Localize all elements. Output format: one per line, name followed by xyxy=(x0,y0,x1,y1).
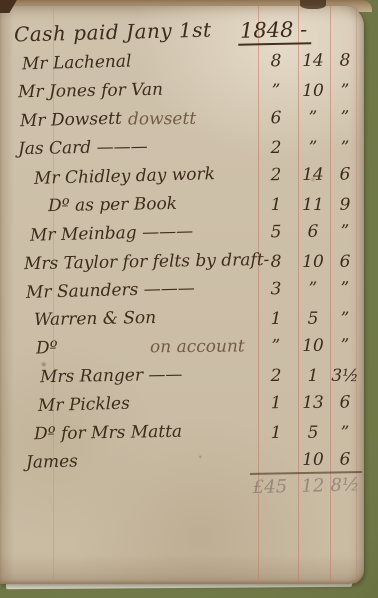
entry-shillings: ” xyxy=(297,104,329,133)
entry-description: Jas Card ——— xyxy=(18,132,148,163)
entry-description: Mrs Ranger —— xyxy=(40,360,183,391)
entry-description-secondary: on account xyxy=(150,332,245,362)
entry-pounds: 8 xyxy=(256,248,296,277)
ledger-row: Mr Saunders ———3”” xyxy=(0,274,364,306)
ledger-row: Mr Dowsettdowsett6”” xyxy=(0,103,364,135)
total-pounds: £45 xyxy=(244,473,297,502)
entry-pence: 6 xyxy=(329,388,361,417)
entry-description: Dº for Mrs Matta xyxy=(34,417,183,449)
entry-shillings: ” xyxy=(297,134,329,163)
entry-pence: ” xyxy=(329,305,361,334)
photo-of-ledger: { "header": { "title": "Cash paid Jany 1… xyxy=(0,0,378,598)
entry-pounds: 1 xyxy=(256,419,296,448)
ledger-row: Jas Card ———2”” xyxy=(0,134,364,163)
entry-pounds: 1 xyxy=(256,305,296,334)
entry-pence: ” xyxy=(329,331,361,360)
entry-description: Mr Meinbag ——— xyxy=(30,217,194,250)
entry-pence: 9 xyxy=(329,191,361,220)
entry-description: Dº as per Book xyxy=(48,189,178,220)
total-shillings: 12 xyxy=(297,472,330,501)
entry-pounds: 1 xyxy=(256,191,296,220)
ledger-row: Dº for Mrs Matta15” xyxy=(0,419,364,448)
entry-pounds: 6 xyxy=(256,104,296,133)
ledger-row: Mr Chidley day work2146 xyxy=(0,160,364,192)
entry-description: Mr Saunders ——— xyxy=(26,274,196,307)
entry-description: James xyxy=(26,447,79,477)
entry-description: Mr Lachenal xyxy=(22,47,132,79)
entry-pence: ” xyxy=(329,419,361,448)
ledger-row: Mrs Ranger ——213½ xyxy=(0,362,364,391)
entry-description-secondary: dowsett xyxy=(128,105,196,135)
entry-shillings: ” xyxy=(297,275,329,304)
entry-pounds: 5 xyxy=(256,218,296,247)
ledger-row: Mr Jones for Van”10” xyxy=(0,77,364,106)
page-title: Cash paid Jany 1st xyxy=(14,18,212,47)
entry-pence: 6 xyxy=(329,160,361,189)
ledger-row: Dº as per Book1119 xyxy=(0,191,364,220)
entry-pounds: 2 xyxy=(256,134,296,163)
entry-pence: ” xyxy=(329,274,361,303)
entry-shillings: 6 xyxy=(297,218,329,247)
entry-shillings: 10 xyxy=(297,248,329,277)
entry-shillings: 14 xyxy=(297,161,329,190)
entry-description: Mr Dowsett xyxy=(20,105,123,137)
entry-description: Mr Chidley day work xyxy=(34,160,216,194)
entry-description: Mr Jones for Van xyxy=(18,75,163,107)
entry-description: Dº xyxy=(36,334,58,364)
entry-shillings: 13 xyxy=(297,389,329,418)
entry-shillings: 11 xyxy=(297,191,329,220)
entry-pounds: ” xyxy=(256,332,296,361)
ledger-row: Mr Lachenal8148 xyxy=(0,46,364,78)
entry-pounds: 1 xyxy=(256,389,296,418)
entry-shillings: 10 xyxy=(297,446,329,475)
year-label: 1848 - xyxy=(238,17,312,46)
entry-pounds: 2 xyxy=(256,161,296,190)
entry-pounds: 2 xyxy=(256,362,296,391)
entry-pounds: ” xyxy=(256,77,296,106)
ledger-row: Mr Meinbag ———56” xyxy=(0,217,364,249)
ledger-page: Cash paid Jany 1st 1848 - Mr Lachenal814… xyxy=(0,6,364,584)
entry-pence: 6 xyxy=(329,248,361,277)
entry-pounds: 3 xyxy=(256,275,296,304)
ledger-row: Mr Pickles1136 xyxy=(0,388,364,420)
entry-pence: ” xyxy=(329,103,361,132)
entry-shillings: 5 xyxy=(297,419,329,448)
entry-description: Warren & Son xyxy=(34,303,157,334)
entry-shillings: 1 xyxy=(297,362,329,391)
entry-pence: ” xyxy=(329,134,361,163)
entry-shillings: 10 xyxy=(297,332,329,361)
entry-pence: 8 xyxy=(329,46,361,75)
ledger-row: Mrs Taylor for felts by draft-8106 xyxy=(0,248,364,277)
entry-pence: 3½ xyxy=(329,362,361,391)
entry-pence: ” xyxy=(329,77,361,106)
entry-pounds: 8 xyxy=(256,47,296,76)
entry-shillings: 14 xyxy=(297,47,329,76)
ledger-row: Dºon account”10” xyxy=(0,331,364,363)
ledger-row: Warren & Son15” xyxy=(0,305,364,334)
ink-smudge xyxy=(300,0,326,9)
total-pence: 8½ xyxy=(329,471,362,500)
entry-pence: ” xyxy=(329,217,361,246)
entry-description: Mr Pickles xyxy=(38,390,131,421)
entry-shillings: 5 xyxy=(297,305,329,334)
entry-shillings: 10 xyxy=(297,77,329,106)
entry-description: Mrs Taylor for felts by draft- xyxy=(24,245,270,278)
